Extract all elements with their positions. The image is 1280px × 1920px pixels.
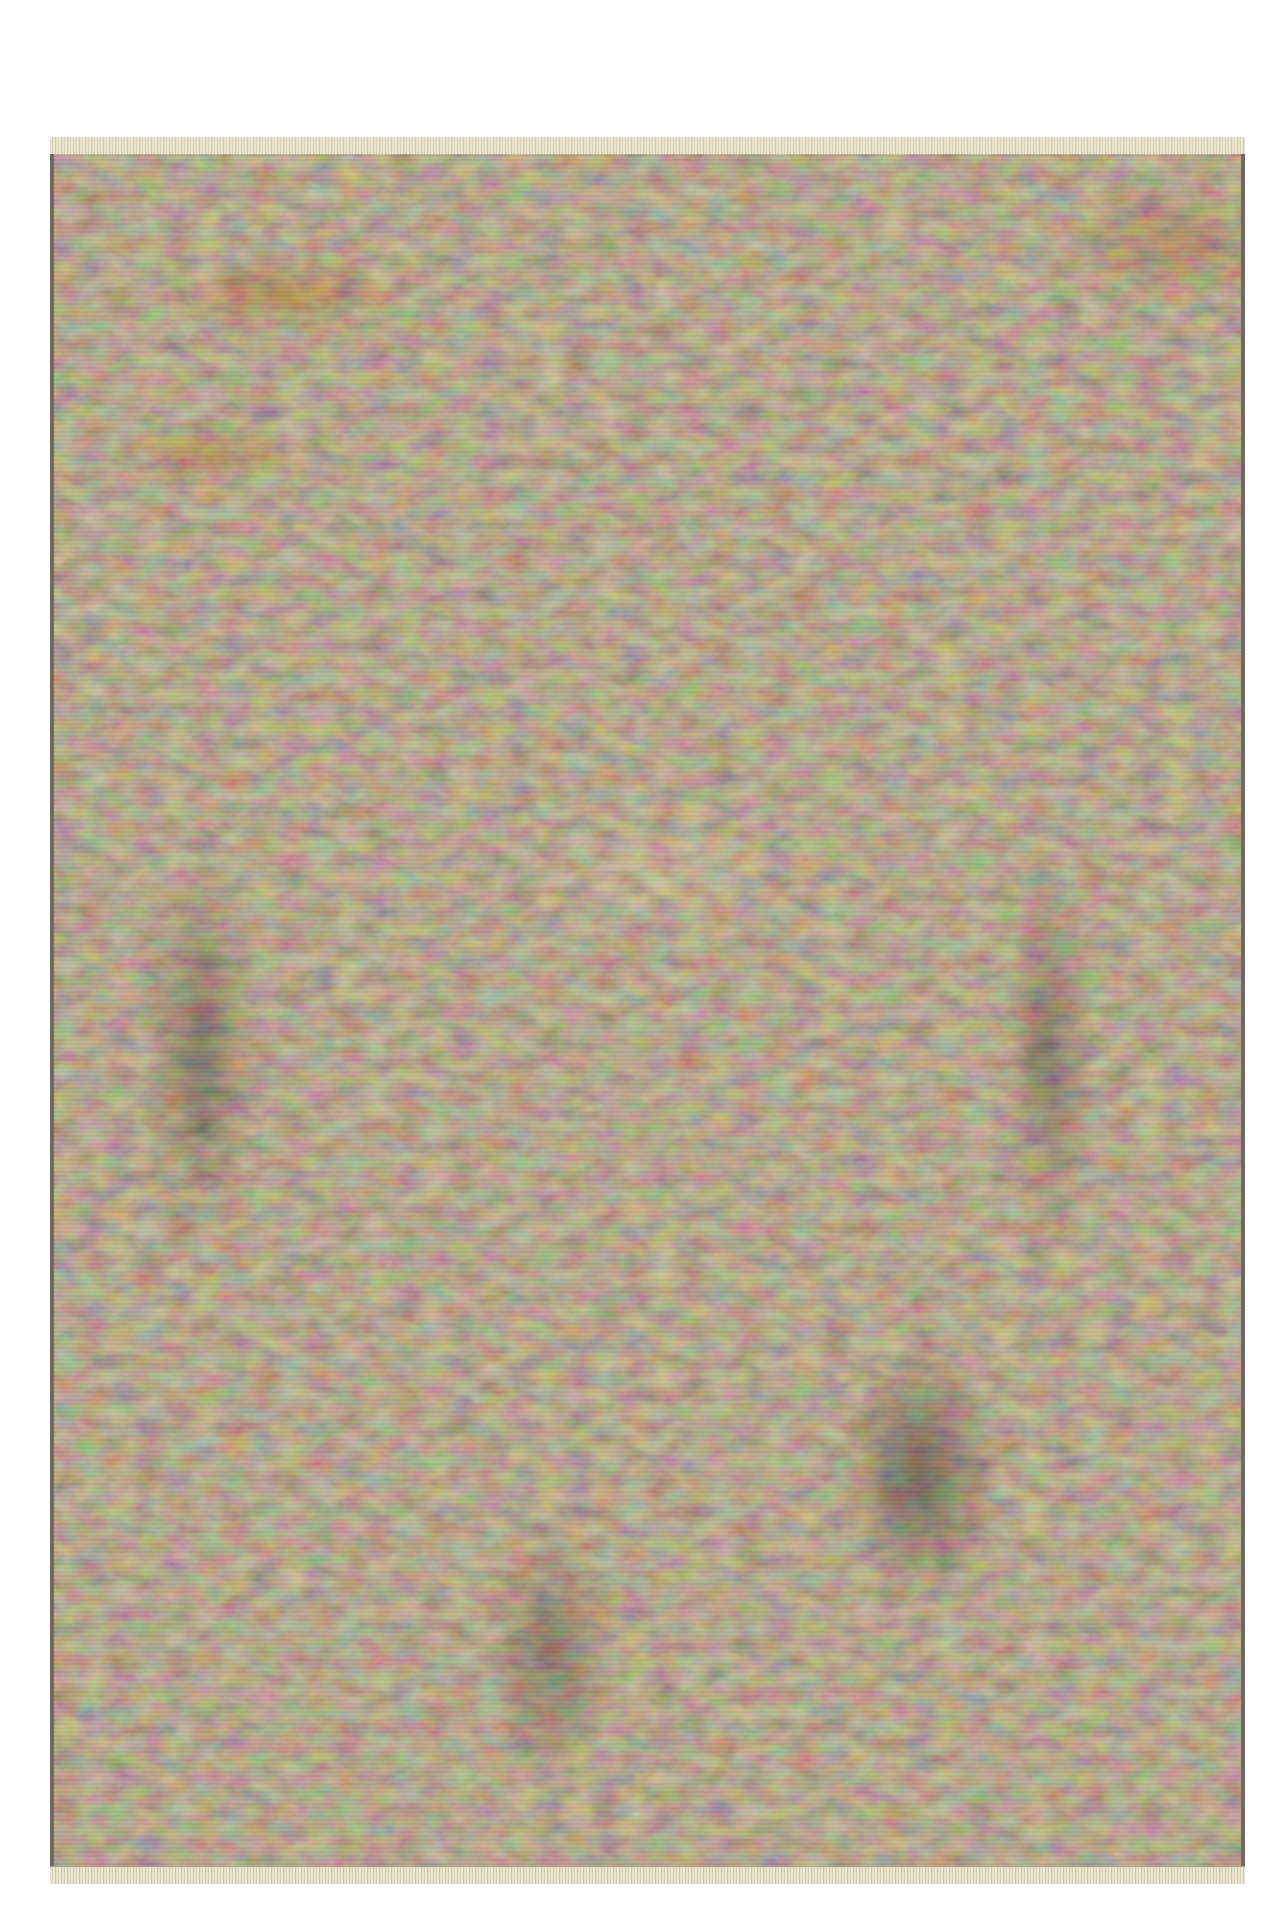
left-edge [50, 154, 54, 1867]
rug-photo [50, 137, 1245, 1884]
right-edge [1241, 154, 1245, 1867]
weave-grain [50, 154, 1245, 1867]
top-fringe [50, 137, 1245, 155]
bottom-fringe [50, 1866, 1245, 1884]
rug-body [50, 154, 1245, 1867]
